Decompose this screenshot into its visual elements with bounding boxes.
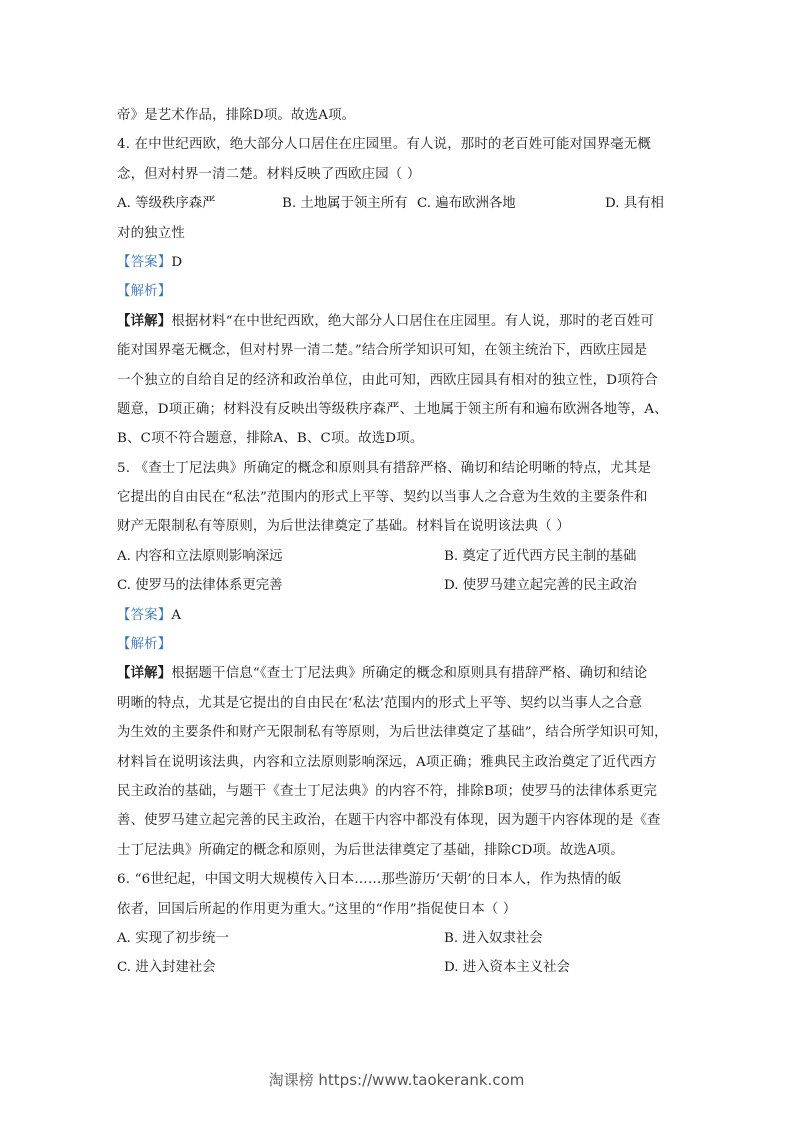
- detail-line-2: 明晰的特点，尤其是它提出的自由民在‘私法’范围内的形式上平等、契约以当事人之合意: [117, 689, 677, 718]
- question-5-options-row-1: A. 内容和立法原则影响深远 B. 奠定了近代西方民主制的基础: [117, 542, 677, 571]
- watermark-footer: 淘课榜 https://www.taokerank.com: [0, 1069, 793, 1090]
- answer-line: 【答案】D: [117, 248, 677, 277]
- analysis-label: 【解析】: [117, 284, 171, 299]
- detail-line-1: 【详解】根据材料“在中世纪西欧，绝大部分人口居住在庄园里。有人说，那时的老百姓可: [117, 307, 677, 336]
- option-b: B. 奠定了近代西方民主制的基础: [444, 542, 636, 571]
- detail-line-4: 材料旨在说明该法典，内容和立法原则影响深远，A项正确；雅典民主政治奠定了近代西方: [117, 748, 677, 777]
- detail-line-2: 能对国界毫无概念，但对村界一清二楚。”结合所学知识可知，在领主统治下，西欧庄园是: [117, 336, 677, 365]
- answer-label: 【答案】: [117, 255, 171, 270]
- detail-label: 【详解】: [117, 665, 171, 681]
- previous-answer-continuation: 帝》是艺术作品，排除D项。故选A项。: [117, 101, 677, 130]
- detail-text: 根据材料“在中世纪西欧，绝大部分人口居住在庄园里。有人说，那时的老百姓可: [171, 314, 654, 329]
- document-page: 帝》是艺术作品，排除D项。故选A项。 4. 在中世纪西欧，绝大部分人口居住在庄园…: [117, 101, 677, 983]
- option-c: C. 使罗马的法律体系更完善: [117, 571, 283, 600]
- question-6-options-row-1: A. 实现了初步统一 B. 进入奴隶社会: [117, 924, 677, 953]
- detail-line-3: 为生效的主要条件和财产无限制私有等原则，为后世法律奠定了基础”，结合所学知识可知…: [117, 718, 677, 747]
- option-c: C. 进入封建社会: [117, 953, 216, 982]
- question-5-stem-line-2: 它提出的自由民在“私法”范围内的形式上平等、契约以当事人之合意为生效的主要条件和: [117, 483, 677, 512]
- question-5-stem-line-3: 财产无限制私有等原则，为后世法律奠定了基础。材料旨在说明该法典（ ）: [117, 512, 677, 541]
- option-a: A. 内容和立法原则影响深远: [117, 542, 282, 571]
- detail-line-7: 士丁尼法典》所确定的概念和原则，为后世法律奠定了基础，排除CD项。故选A项。: [117, 836, 677, 865]
- answer-value: D: [171, 255, 182, 270]
- question-5: 5. 《查士丁尼法典》所确定的概念和原则具有措辞严格、确切和结论明晰的特点，尤其…: [117, 454, 677, 865]
- option-a: A. 等级秩序森严: [117, 189, 216, 218]
- question-5-options-row-2: C. 使罗马的法律体系更完善 D. 使罗马建立起完善的民主政治: [117, 571, 677, 600]
- option-a: A. 实现了初步统一: [117, 924, 229, 953]
- detail-line-6: 善、使罗马建立起完善的民主政治，在题干内容中都没有体现，因为题干内容体现的是《查: [117, 806, 677, 835]
- option-b: B. 土地属于领主所有: [282, 189, 407, 218]
- question-6: 6. “6世纪起，中国文明大规模传入日本……那些游历‘天朝’的日本人，作为热情的…: [117, 865, 677, 983]
- option-d: D. 进入资本主义社会: [444, 953, 570, 982]
- option-b: B. 进入奴隶社会: [444, 924, 543, 953]
- option-d: D. 使罗马建立起完善的民主政治: [444, 571, 637, 600]
- option-c: C. 遍布欧洲各地: [417, 189, 516, 218]
- analysis-line: 【解析】: [117, 630, 677, 659]
- answer-label: 【答案】: [117, 608, 171, 623]
- option-d-wrap: 对的独立性: [117, 219, 677, 248]
- option-d: D. 具有相: [605, 189, 664, 218]
- detail-line-1: 【详解】根据题干信息“《查士丁尼法典》所确定的概念和原则具有措辞严格、确切和结论: [117, 659, 677, 688]
- question-4: 4. 在中世纪西欧，绝大部分人口居住在庄园里。有人说，那时的老百姓可能对国界毫无…: [117, 130, 677, 453]
- analysis-line: 【解析】: [117, 277, 677, 306]
- detail-line-5: B、C项不符合题意，排除A、B、C项。故选D项。: [117, 424, 677, 453]
- answer-value: A: [171, 608, 181, 623]
- detail-line-3: 一个独立的自给自足的经济和政治单位，由此可知，西欧庄园具有相对的独立性，D项符合: [117, 366, 677, 395]
- question-5-stem-line-1: 5. 《查士丁尼法典》所确定的概念和原则具有措辞严格、确切和结论明晰的特点，尤其…: [117, 454, 677, 483]
- question-4-options: A. 等级秩序森严 B. 土地属于领主所有 C. 遍布欧洲各地 D. 具有相: [117, 189, 677, 218]
- question-4-stem-line-1: 4. 在中世纪西欧，绝大部分人口居住在庄园里。有人说，那时的老百姓可能对国界毫无…: [117, 130, 677, 159]
- detail-line-5: 民主政治的基础，与题干《查士丁尼法典》的内容不符，排除B项；使罗马的法律体系更完: [117, 777, 677, 806]
- question-6-options-row-2: C. 进入封建社会 D. 进入资本主义社会: [117, 953, 677, 982]
- detail-label: 【详解】: [117, 313, 171, 329]
- detail-text: 根据题干信息“《查士丁尼法典》所确定的概念和原则具有措辞严格、确切和结论: [171, 666, 647, 681]
- question-6-stem-line-2: 依者，回国后所起的作用更为重大。”这里的“作用”指促使日本（ ）: [117, 895, 677, 924]
- answer-line: 【答案】A: [117, 601, 677, 630]
- question-4-stem-line-2: 念，但对村界一清二楚。材料反映了西欧庄园（ ）: [117, 160, 677, 189]
- question-6-stem-line-1: 6. “6世纪起，中国文明大规模传入日本……那些游历‘天朝’的日本人，作为热情的…: [117, 865, 677, 894]
- analysis-label: 【解析】: [117, 637, 171, 652]
- detail-line-4: 题意，D项正确；材料没有反映出等级秩序森严、土地属于领主所有和遍布欧洲各地等，A…: [117, 395, 677, 424]
